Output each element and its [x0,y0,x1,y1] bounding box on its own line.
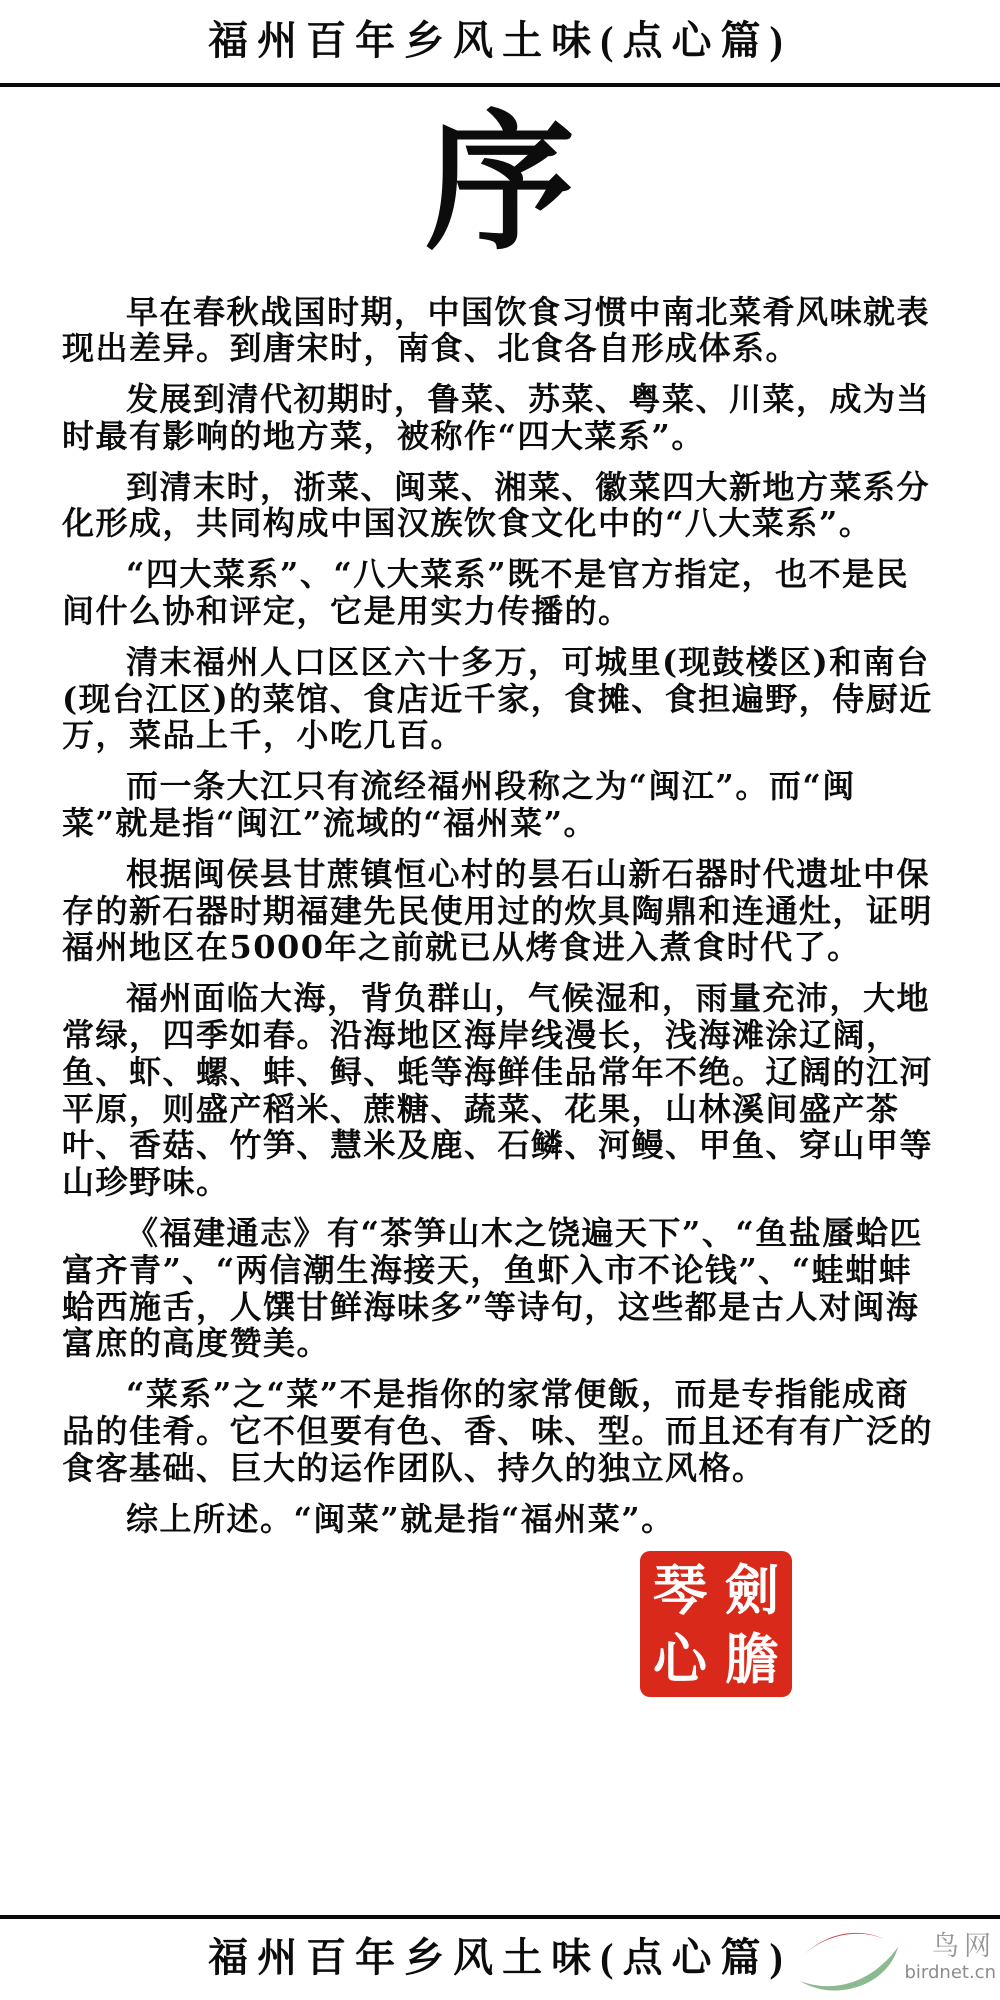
preface-heading: 序 [62,97,938,270]
preface-paragraph: “菜系”之“菜”不是指你的家常便飯，而是专指能成商品的佳肴。它不但要有色、香、味… [62,1376,938,1486]
header-divider [0,83,1000,87]
preface-body: 序 早在春秋战国时期，中国饮食习惯中南北菜肴风味就表现出差异。到唐宋时，南食、北… [0,97,1000,1697]
seal-stamp: 琴 劍 心 膽 [640,1551,792,1697]
preface-paragraph: 根据闽侯县甘蔗镇恒心村的昙石山新石器时代遗址中保存的新石器时期福建先民使用过的炊… [62,856,938,966]
seal-char-top-right: 劍 [725,1563,779,1617]
preface-paragraph: 《福建通志》有“茶笋山木之饶遍天下”、“鱼盐蜃蛤匹富齐青”、“两信潮生海接天，鱼… [62,1215,938,1362]
preface-paragraph: 而一条大江只有流经福州段称之为“闽江”。而“闽菜”就是指“闽江”流域的“福州菜”… [62,768,938,842]
bird-swoosh-icon [798,1925,902,1991]
seal-char-bottom-left: 心 [653,1632,707,1686]
logo-site-domain: birdnet.cn [904,1962,996,1984]
birdnet-watermark: 鸟网 birdnet.cn [798,1925,996,1991]
preface-paragraph: 综上所述。“闽菜”就是指“福州菜”。 [62,1501,938,1538]
preface-paragraph: “四大菜系”、“八大菜系”既不是官方指定，也不是民间什么协和评定，它是用实力传播… [62,556,938,630]
header-title: 福州百年乡风土味(点心篇) [0,0,1000,68]
document-page: 福州百年乡风土味(点心篇) 序 早在春秋战国时期，中国饮食习惯中南北菜肴风味就表… [0,0,1000,2000]
preface-paragraph: 福州面临大海，背负群山，气候湿和，雨量充沛，大地常绿，四季如春。沿海地区海岸线漫… [62,980,938,1201]
logo-site-name: 鸟网 [932,1932,996,1962]
seal-char-top-left: 琴 [653,1563,707,1617]
preface-paragraph: 早在春秋战国时期，中国饮食习惯中南北菜肴风味就表现出差异。到唐宋时，南食、北食各… [62,294,938,368]
footer: 福州百年乡风土味(点心篇) 鸟网 birdnet.cn [0,1919,1000,2000]
preface-paragraph: 清末福州人口区区六十多万，可城里(现鼓楼区)和南台(现台江区)的菜馆、食店近千家… [62,644,938,754]
preface-paragraph: 发展到清代初期时，鲁菜、苏菜、粤菜、川菜，成为当时最有影响的地方菜，被称作“四大… [62,381,938,455]
preface-paragraph: 到清末时，浙菜、闽菜、湘菜、徽菜四大新地方菜系分化形成，共同构成中国汉族饮食文化… [62,469,938,543]
birdnet-logo-text: 鸟网 birdnet.cn [904,1932,996,1984]
seal-char-bottom-right: 膽 [725,1632,779,1686]
